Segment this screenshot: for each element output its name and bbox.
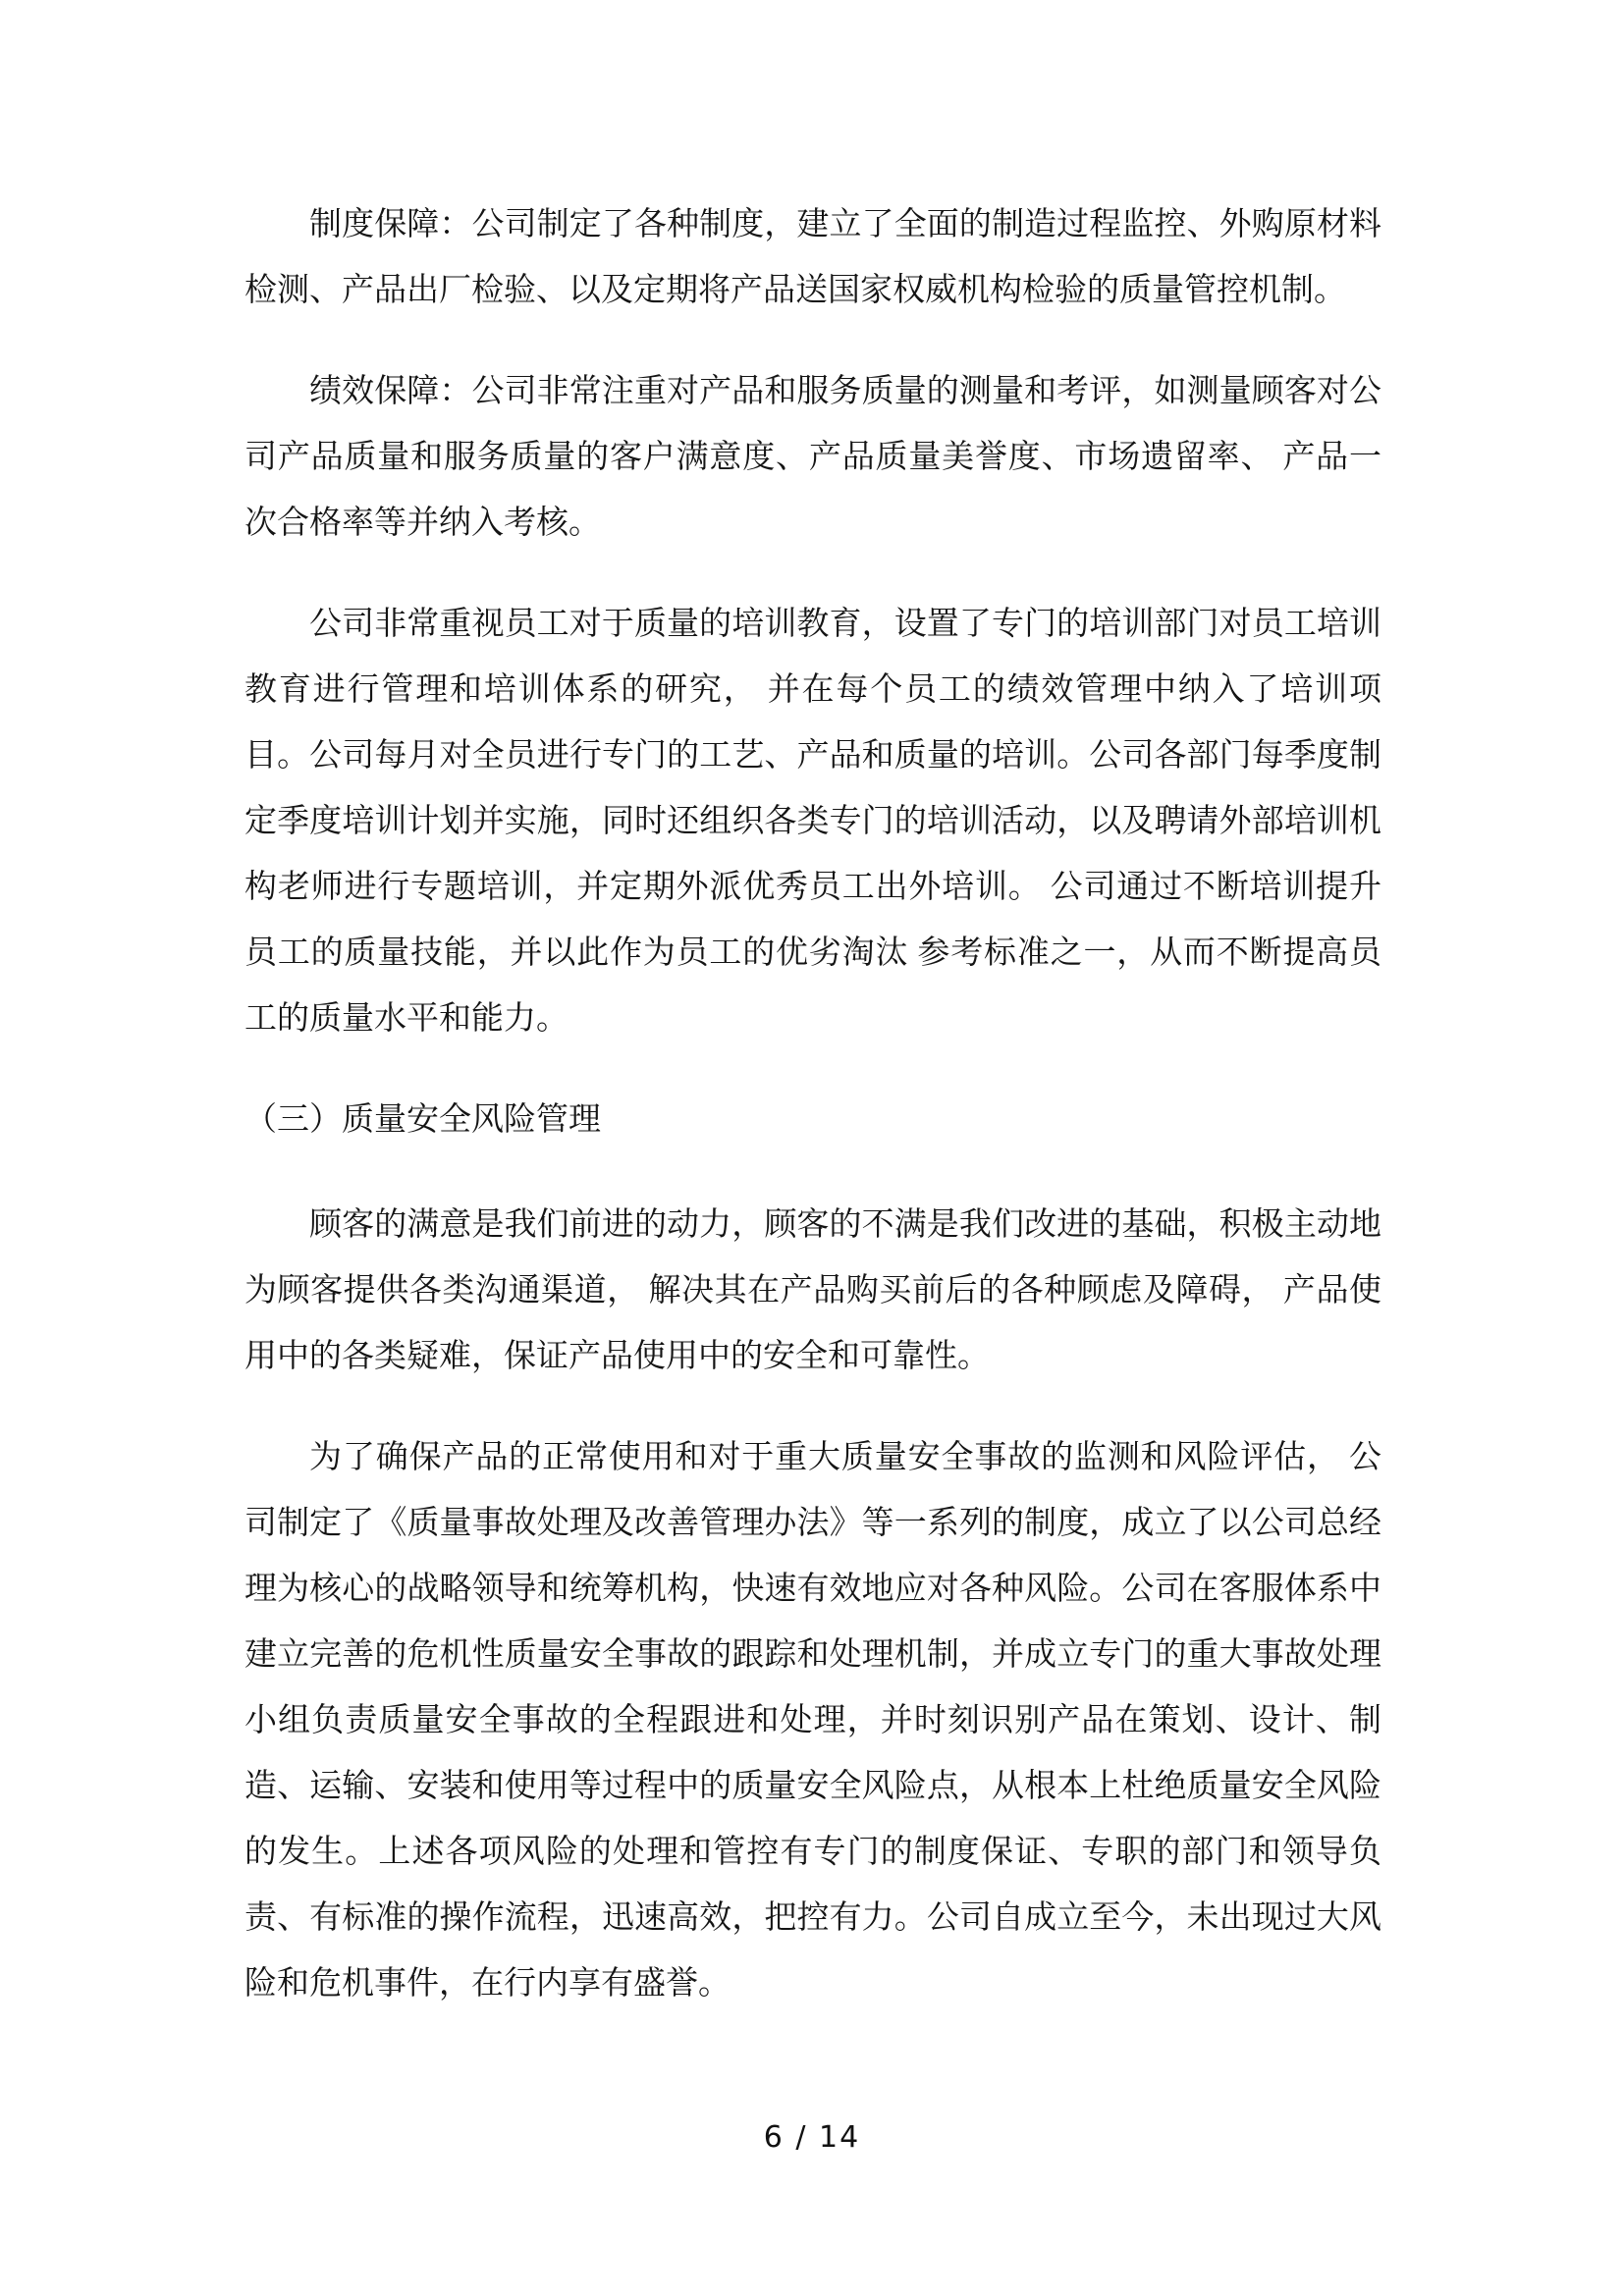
paragraph-risk-monitoring-and-handling: 为了确保产品的正常使用和对于重大质量安全事故的监测和风险评估， 公司制定了《质量…	[244, 1425, 1381, 2017]
paragraph-performance-guarantee: 绩效保障：公司非常注重对产品和服务质量的测量和考评，如测量顾客对公司产品质量和服…	[244, 359, 1381, 557]
document-body: 制度保障：公司制定了各种制度，建立了全面的制造过程监控、外购原材料检测、产品出厂…	[244, 192, 1381, 2053]
paragraph-customer-satisfaction: 顾客的满意是我们前进的动力，顾客的不满是我们改进的基础，积极主动地为顾客提供各类…	[244, 1193, 1381, 1390]
page-number: 6 / 14	[764, 2120, 860, 2155]
section-heading-quality-safety-risk-management: （三）质量安全风险管理	[244, 1088, 1381, 1153]
document-page: 制度保障：公司制定了各种制度，建立了全面的制造过程监控、外购原材料检测、产品出厂…	[0, 0, 1624, 2296]
paragraph-employee-training: 公司非常重视员工对于质量的培训教育，设置了专门的培训部门对员工培训教育进行管理和…	[244, 592, 1381, 1052]
page-footer: 6 / 14	[0, 2118, 1624, 2158]
paragraph-system-guarantee: 制度保障：公司制定了各种制度，建立了全面的制造过程监控、外购原材料检测、产品出厂…	[244, 192, 1381, 324]
